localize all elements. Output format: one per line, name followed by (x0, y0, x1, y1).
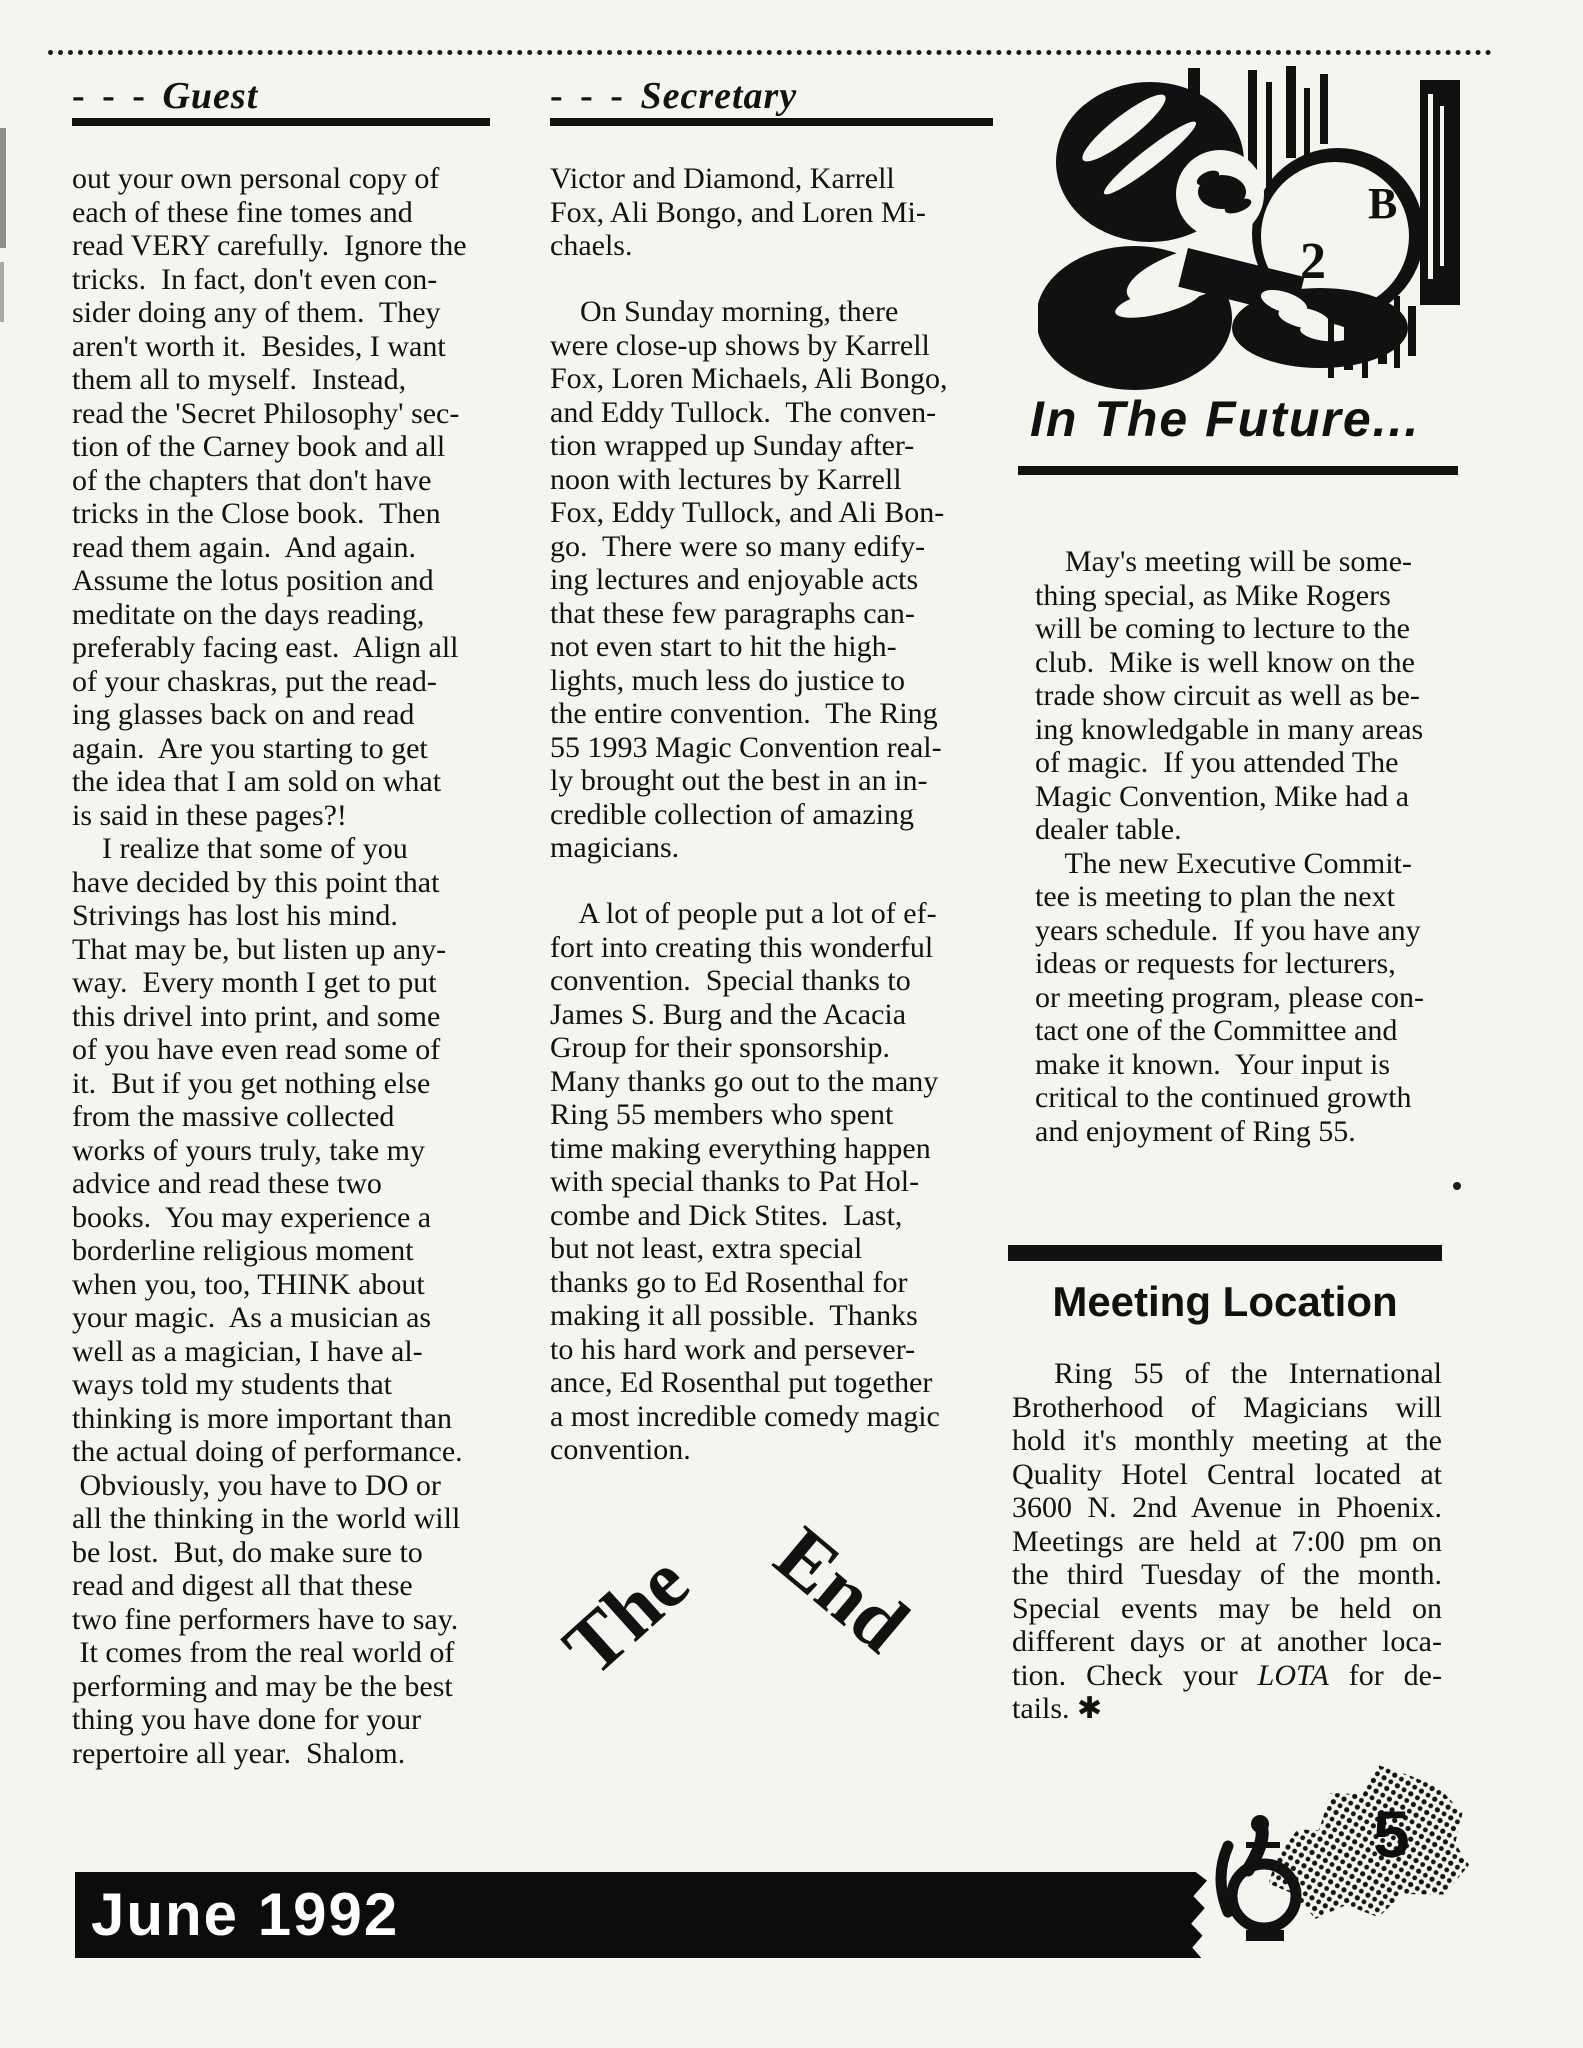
text-line: read and digest all that these (72, 1569, 492, 1603)
text-line: tails. ✱ (1012, 1692, 1442, 1726)
text-line: Special events may be held on (1012, 1592, 1442, 1626)
text-line: credible collection of amazing (550, 798, 970, 832)
text-line: tricks. In fact, don't even con- (72, 263, 492, 297)
text-line: the actual doing of performance. (72, 1435, 492, 1469)
secretary-section-title: Secretary (640, 75, 797, 117)
text-line: A lot of people put a lot of ef- (550, 897, 970, 931)
text-line: hold it's monthly meeting at the (1012, 1424, 1442, 1458)
text-line: tee is meeting to plan the next (1035, 880, 1460, 914)
scan-edge-artifact (0, 128, 6, 248)
text-line: tion of the Carney book and all (72, 430, 492, 464)
text-line: thinking is more important than (72, 1402, 492, 1436)
text-line: time making everything happen (550, 1132, 970, 1166)
text-line: of you have even read some of (72, 1033, 492, 1067)
in-the-future-heading: In The Future... (1030, 390, 1462, 448)
text-line: ways told my students that (72, 1368, 492, 1402)
fortune-teller-illustration: 2 B (1038, 66, 1460, 392)
meeting-location-text: Ring 55 of the InternationalBrotherhood … (1012, 1357, 1442, 1726)
text-line: meditate on the days reading, (72, 598, 492, 632)
text-line: it. But if you get nothing else (72, 1067, 492, 1101)
text-line: works of yours truly, take my (72, 1134, 492, 1168)
the-end-word-the: The (547, 1537, 707, 1694)
text-line: That may be, but listen up any- (72, 933, 492, 967)
text-line: but not least, extra special (550, 1232, 970, 1266)
text-line: The new Executive Commit- (1035, 847, 1460, 881)
secretary-article-paragraph-3: A lot of people put a lot of ef-fort int… (550, 897, 970, 1467)
text-line: and enjoyment of Ring 55. (1035, 1115, 1460, 1149)
text-line: James S. Burg and the Acacia (550, 998, 970, 1032)
text-line: different days or at another loca- (1012, 1625, 1442, 1659)
text-line: read them again. And again. (72, 531, 492, 565)
crystal-ball-glyph-2: 2 (1300, 233, 1326, 290)
text-line: Obviously, you have to DO or (72, 1469, 492, 1503)
text-line: ly brought out the best in an in- (550, 764, 970, 798)
guest-article-text: out your own personal copy ofeach of the… (72, 162, 492, 1770)
text-line: to his hard work and persever- (550, 1333, 970, 1367)
ink-speck (1453, 1182, 1461, 1190)
text-line: lights, much less do justice to (550, 664, 970, 698)
text-line: Many thanks go out to the many (550, 1065, 970, 1099)
text-line: when you, too, THINK about (72, 1268, 492, 1302)
text-line: years schedule. If you have any (1035, 914, 1460, 948)
text-line: tion wrapped up Sunday after- (550, 429, 970, 463)
text-line: tact one of the Committee and (1035, 1014, 1460, 1048)
text-line: that these few paragraphs can- (550, 597, 970, 631)
text-line: or meeting program, please con- (1035, 981, 1460, 1015)
top-dotted-rule (48, 50, 1492, 55)
text-line: go. There were so many edify- (550, 530, 970, 564)
text-line: Ring 55 members who spent (550, 1098, 970, 1132)
newsletter-page: - - - Guest out your own personal copy o… (0, 0, 1583, 2048)
text-line: all the thinking in the world will (72, 1502, 492, 1536)
header-dashes: - - - (550, 75, 640, 117)
guest-section-header: - - - Guest (72, 76, 490, 126)
meeting-location-heading: Meeting Location (1008, 1278, 1442, 1326)
text-line: combe and Dick Stites. Last, (550, 1199, 970, 1233)
text-line: ing glasses back on and read (72, 698, 492, 732)
text-line: from the massive collected (72, 1100, 492, 1134)
text-line: ance, Ed Rosenthal put together (550, 1366, 970, 1400)
crystal-ball-glyph-b: B (1368, 179, 1397, 228)
text-line: thing special, as Mike Rogers (1035, 579, 1460, 613)
text-line: two fine performers have to say. (72, 1603, 492, 1637)
text-line: club. Mike is well know on the (1035, 646, 1460, 680)
text-line: making it all possible. Thanks (550, 1299, 970, 1333)
footer-issue-bar: June 1992 (75, 1872, 1207, 1958)
future-article-text: May's meeting will be some-thing special… (1035, 545, 1460, 1148)
text-line: of the chapters that don't have (72, 464, 492, 498)
text-line: critical to the continued growth (1035, 1081, 1460, 1115)
text-line: ing knowledgable in many areas (1035, 713, 1460, 747)
text-line: your magic. As a musician as (72, 1301, 492, 1335)
text-line: of magic. If you attended The (1035, 746, 1460, 780)
text-line: fort into creating this wonderful (550, 931, 970, 965)
text-line: sider doing any of them. They (72, 296, 492, 330)
text-line: be lost. But, do make sure to (72, 1536, 492, 1570)
text-line: thanks go to Ed Rosenthal for (550, 1266, 970, 1300)
text-line: not even start to hit the high- (550, 630, 970, 664)
header-dashes: - - - (72, 75, 162, 117)
future-heading-rule (1018, 466, 1458, 475)
meeting-location-rule (1008, 1245, 1442, 1261)
secretary-article-paragraph-2: On Sunday morning, therewere close-up sh… (550, 295, 970, 865)
page-number: 5 (1373, 1796, 1410, 1872)
text-line: convention. Special thanks to (550, 964, 970, 998)
guest-section-title: Guest (162, 75, 258, 117)
text-line: the entire convention. The Ring (550, 697, 970, 731)
text-line: with special thanks to Pat Hol- (550, 1165, 970, 1199)
text-line: of your chaskras, put the read- (72, 665, 492, 699)
text-line: the idea that I am sold on what (72, 765, 492, 799)
text-line: Brotherhood of Magicians will (1012, 1391, 1442, 1425)
text-line: this drivel into print, and some (72, 1000, 492, 1034)
text-line: Assume the lotus position and (72, 564, 492, 598)
text-line: Strivings has lost his mind. (72, 899, 492, 933)
text-line: each of these fine tomes and (72, 196, 492, 230)
text-line: way. Every month I get to put (72, 966, 492, 1000)
text-line: noon with lectures by Karrell (550, 463, 970, 497)
text-line: the third Tuesday of the month. (1012, 1558, 1442, 1592)
issue-date: June 1992 (75, 1872, 1207, 1949)
text-line: repertoire all year. Shalom. (72, 1737, 492, 1771)
the-end-word-end: End (757, 1510, 925, 1671)
text-line: Victor and Diamond, Karrell (550, 162, 970, 196)
text-line: aren't worth it. Besides, I want (72, 330, 492, 364)
text-line: tion. Check your LOTA for de- (1012, 1659, 1442, 1693)
text-line: I realize that some of you (72, 832, 492, 866)
text-line: Quality Hotel Central located at (1012, 1458, 1442, 1492)
text-line: again. Are you starting to get (72, 732, 492, 766)
text-line: thing you have done for your (72, 1703, 492, 1737)
text-line: and Eddy Tullock. The conven- (550, 396, 970, 430)
text-line: magicians. (550, 831, 970, 865)
text-line: May's meeting will be some- (1035, 545, 1460, 579)
text-line: books. You may experience a (72, 1201, 492, 1235)
text-line: is said in these pages?! (72, 799, 492, 833)
text-line: ing lectures and enjoyable acts (550, 563, 970, 597)
text-line: preferably facing east. Align all (72, 631, 492, 665)
scan-edge-artifact (0, 262, 4, 322)
text-line: will be coming to lecture to the (1035, 612, 1460, 646)
text-line: Fox, Ali Bongo, and Loren Mi- (550, 196, 970, 230)
text-line: Ring 55 of the International (1012, 1357, 1442, 1391)
text-line: convention. (550, 1433, 970, 1467)
secretary-article-paragraph-1: Victor and Diamond, KarrellFox, Ali Bong… (550, 162, 970, 263)
secretary-section-header: - - - Secretary (550, 76, 993, 126)
text-line: advice and read these two (72, 1167, 492, 1201)
text-line: Fox, Eddy Tullock, and Ali Bon- (550, 496, 970, 530)
text-line: out your own personal copy of (72, 162, 492, 196)
text-line: 55 1993 Magic Convention real- (550, 731, 970, 765)
text-line: Fox, Loren Michaels, Ali Bongo, (550, 362, 970, 396)
text-line: trade show circuit as well as be- (1035, 679, 1460, 713)
text-line: tricks in the Close book. Then (72, 497, 492, 531)
text-line: read the 'Secret Philosophy' sec- (72, 397, 492, 431)
text-line: Group for their sponsorship. (550, 1031, 970, 1065)
text-line: It comes from the real world of (72, 1636, 492, 1670)
text-line: On Sunday morning, there (550, 295, 970, 329)
text-line: make it known. Your input is (1035, 1048, 1460, 1082)
text-line: performing and may be the best (72, 1670, 492, 1704)
text-line: ideas or requests for lecturers, (1035, 947, 1460, 981)
text-line: a most incredible comedy magic (550, 1400, 970, 1434)
text-line: them all to myself. Instead, (72, 363, 492, 397)
text-line: well as a magician, I have al- (72, 1335, 492, 1369)
text-line: have decided by this point that (72, 866, 492, 900)
text-line: read VERY carefully. Ignore the (72, 229, 492, 263)
text-line: Magic Convention, Mike had a (1035, 780, 1460, 814)
text-line: were close-up shows by Karrell (550, 329, 970, 363)
text-line: Meetings are held at 7:00 pm on (1012, 1525, 1442, 1559)
text-line: dealer table. (1035, 813, 1460, 847)
text-line: 3600 N. 2nd Avenue in Phoenix. (1012, 1491, 1442, 1525)
text-line: chaels. (550, 229, 970, 263)
text-line: borderline religious moment (72, 1234, 492, 1268)
